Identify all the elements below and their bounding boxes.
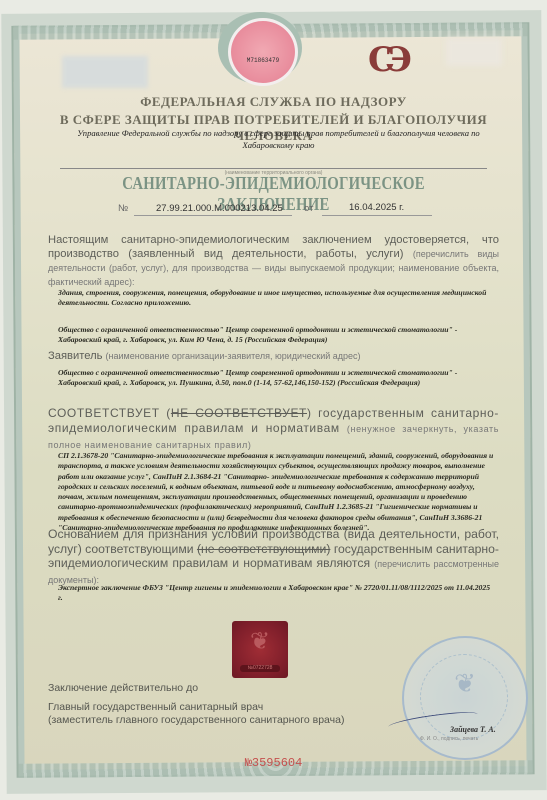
number-label: № — [118, 203, 128, 214]
form-serial-number: №3595604 — [0, 756, 547, 770]
date-label: от — [304, 203, 313, 214]
applicant-label: Заявитель — [48, 350, 102, 362]
redacted-area-right — [446, 38, 502, 66]
compliance-word: СООТВЕТСТВУЕТ — [48, 406, 160, 420]
signer-name: Зайцева Т. А. — [450, 725, 496, 734]
stamp-eagle-icon: ❦ — [404, 668, 526, 699]
department-underline — [60, 168, 487, 169]
applicant-hint: (наименование организации-заявителя, юри… — [106, 351, 361, 361]
compliance-statement: СООТВЕТСТВУЕТ (НЕ СООТВЕТСТВУЕТ) государ… — [48, 406, 499, 453]
basis-struck: (не соответствующими) — [197, 542, 330, 556]
object-owner: Общество с ограниченной ответственностью… — [58, 325, 495, 346]
activity-description: Здания, строения, сооружения, помещения,… — [58, 288, 495, 309]
coat-of-arms-icon: ❦ — [232, 627, 288, 656]
applicant-value: Общество с ограниченной ответственностью… — [58, 368, 495, 389]
hologram-sticker: ❦ №0722728 — [232, 621, 288, 678]
deputy-doctor-label: (заместитель главного государственного с… — [48, 714, 344, 727]
compliance-struck: НЕ СООТВЕТСТВУЕТ — [171, 406, 307, 420]
agency-title-line-1: ФЕДЕРАЛЬНАЯ СЛУЖБА ПО НАДЗОРУ — [40, 94, 507, 110]
basis-statement: Основанием для признания условий произво… — [48, 527, 499, 587]
fio-caption: Ф. И. О., подпись, печать — [420, 736, 478, 742]
chief-doctor-label: Главный государственный санитарный врач — [48, 701, 263, 714]
applicant-label-row: Заявитель (наименование организации-заяв… — [48, 349, 499, 363]
hologram-number: №0722728 — [240, 665, 280, 672]
document-number-row: № 27.99.21.000.М.000213.04.25 от 16.04.2… — [106, 203, 466, 219]
se-logo-icon: СЭ — [368, 40, 402, 80]
redacted-area — [62, 56, 148, 88]
expert-opinion: Экспертное заключение ФБУЗ "Центр гигиен… — [58, 583, 495, 604]
certifies-intro: Настоящим санитарно-эпидемиологическим з… — [48, 233, 499, 289]
document-number: 27.99.21.000.М.000213.04.25 — [156, 203, 283, 214]
security-seal: M71863479 — [212, 12, 308, 84]
sanitary-rules: СП 2.1.3678-20 "Санитарно-эпидемиологиче… — [58, 451, 495, 533]
valid-until-label: Заключение действительно до — [48, 682, 198, 695]
number-underline — [134, 215, 292, 216]
date-underline — [322, 215, 432, 216]
department-name: Управление Федеральной службы по надзору… — [60, 127, 497, 151]
pink-seal-icon: M71863479 — [228, 18, 298, 86]
document-date: 16.04.2025 г. — [349, 202, 404, 213]
seal-number: M71863479 — [231, 57, 295, 64]
